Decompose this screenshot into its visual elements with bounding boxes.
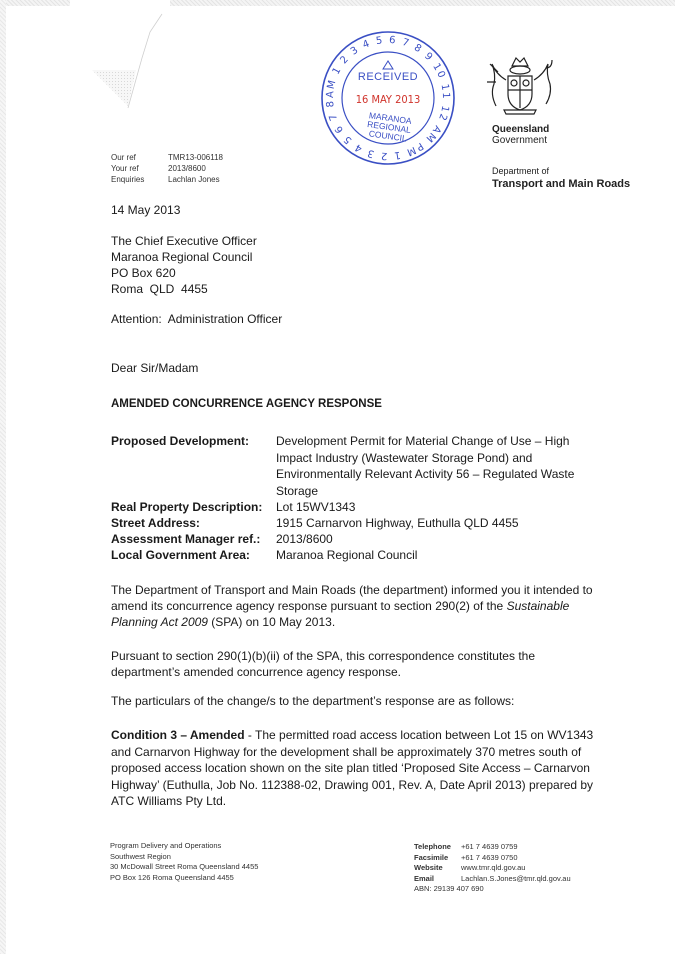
email-link[interactable]: Lachlan.S.Jones@tmr.qld.gov.au: [461, 874, 571, 885]
letter-heading: AMENDED CONCURRENCE AGENCY RESPONSE: [111, 398, 382, 410]
contact-facsimile: Facsimile +61 7 4639 0750: [414, 853, 571, 864]
department-prefix: Department of: [492, 166, 549, 176]
stamp-date: 16 MAY 2013: [346, 93, 430, 106]
recipient-line: Roma QLD 4455: [111, 281, 257, 297]
reference-our-ref: Our ref TMR13-006118: [111, 152, 223, 163]
recipient-address: The Chief Executive Officer Maranoa Regi…: [111, 233, 257, 297]
footer-office-address: Program Delivery and Operations Southwes…: [110, 841, 258, 883]
attention-line: Attention: Administration Officer: [111, 312, 282, 326]
development-details: Proposed Development: Development Permit…: [111, 433, 591, 563]
paragraph-intro: The Department of Transport and Main Roa…: [111, 582, 601, 630]
detail-row: Proposed Development: Development Permit…: [111, 433, 591, 499]
detail-row: Local Government Area: Maranoa Regional …: [111, 547, 591, 563]
contact-email: Email Lachlan.S.Jones@tmr.qld.gov.au: [414, 874, 571, 885]
folded-corner-artifact: [70, 0, 170, 110]
detail-row: Street Address: 1915 Carnarvon Highway, …: [111, 515, 591, 531]
abn: ABN: 29139 407 690: [414, 884, 571, 895]
letter-date: 14 May 2013: [111, 203, 180, 217]
detail-row: Real Property Description: Lot 15WV1343: [111, 499, 591, 515]
condition-3-amended: Condition 3 – Amended - The permitted ro…: [111, 727, 601, 810]
contact-website: Website www.tmr.qld.gov.au: [414, 863, 571, 874]
paragraph-particulars: The particulars of the change/s to the d…: [111, 693, 601, 709]
footer-contacts: Telephone +61 7 4639 0759 Facsimile +61 …: [414, 842, 571, 895]
paragraph-pursuant: Pursuant to section 290(1)(b)(ii) of the…: [111, 648, 601, 680]
recipient-line: Maranoa Regional Council: [111, 249, 257, 265]
salutation: Dear Sir/Madam: [111, 361, 198, 375]
government-name: Queensland: [492, 124, 549, 135]
recipient-line: The Chief Executive Officer: [111, 233, 257, 249]
reference-enquiries: Enquiries Lachlan Jones: [111, 174, 223, 185]
government-subtitle: Government: [492, 135, 547, 146]
detail-row: Assessment Manager ref.: 2013/8600: [111, 531, 591, 547]
contact-telephone: Telephone +61 7 4639 0759: [414, 842, 571, 853]
reference-your-ref: Your ref 2013/8600: [111, 163, 223, 174]
received-stamp: AM 1 2 3 4 5 6 7 8 9 10 11 12 AM PM 1 2 …: [318, 28, 458, 168]
recipient-line: PO Box 620: [111, 265, 257, 281]
stamp-received-label: RECEIVED: [352, 71, 424, 83]
scan-edge-left: [0, 0, 6, 954]
reference-block: Our ref TMR13-006118 Your ref 2013/8600 …: [111, 152, 223, 185]
queensland-crest-icon: [484, 52, 556, 122]
website-link[interactable]: www.tmr.qld.gov.au: [461, 863, 525, 874]
condition-title: Condition 3 – Amended: [111, 728, 245, 742]
department-name: Transport and Main Roads: [492, 178, 630, 190]
